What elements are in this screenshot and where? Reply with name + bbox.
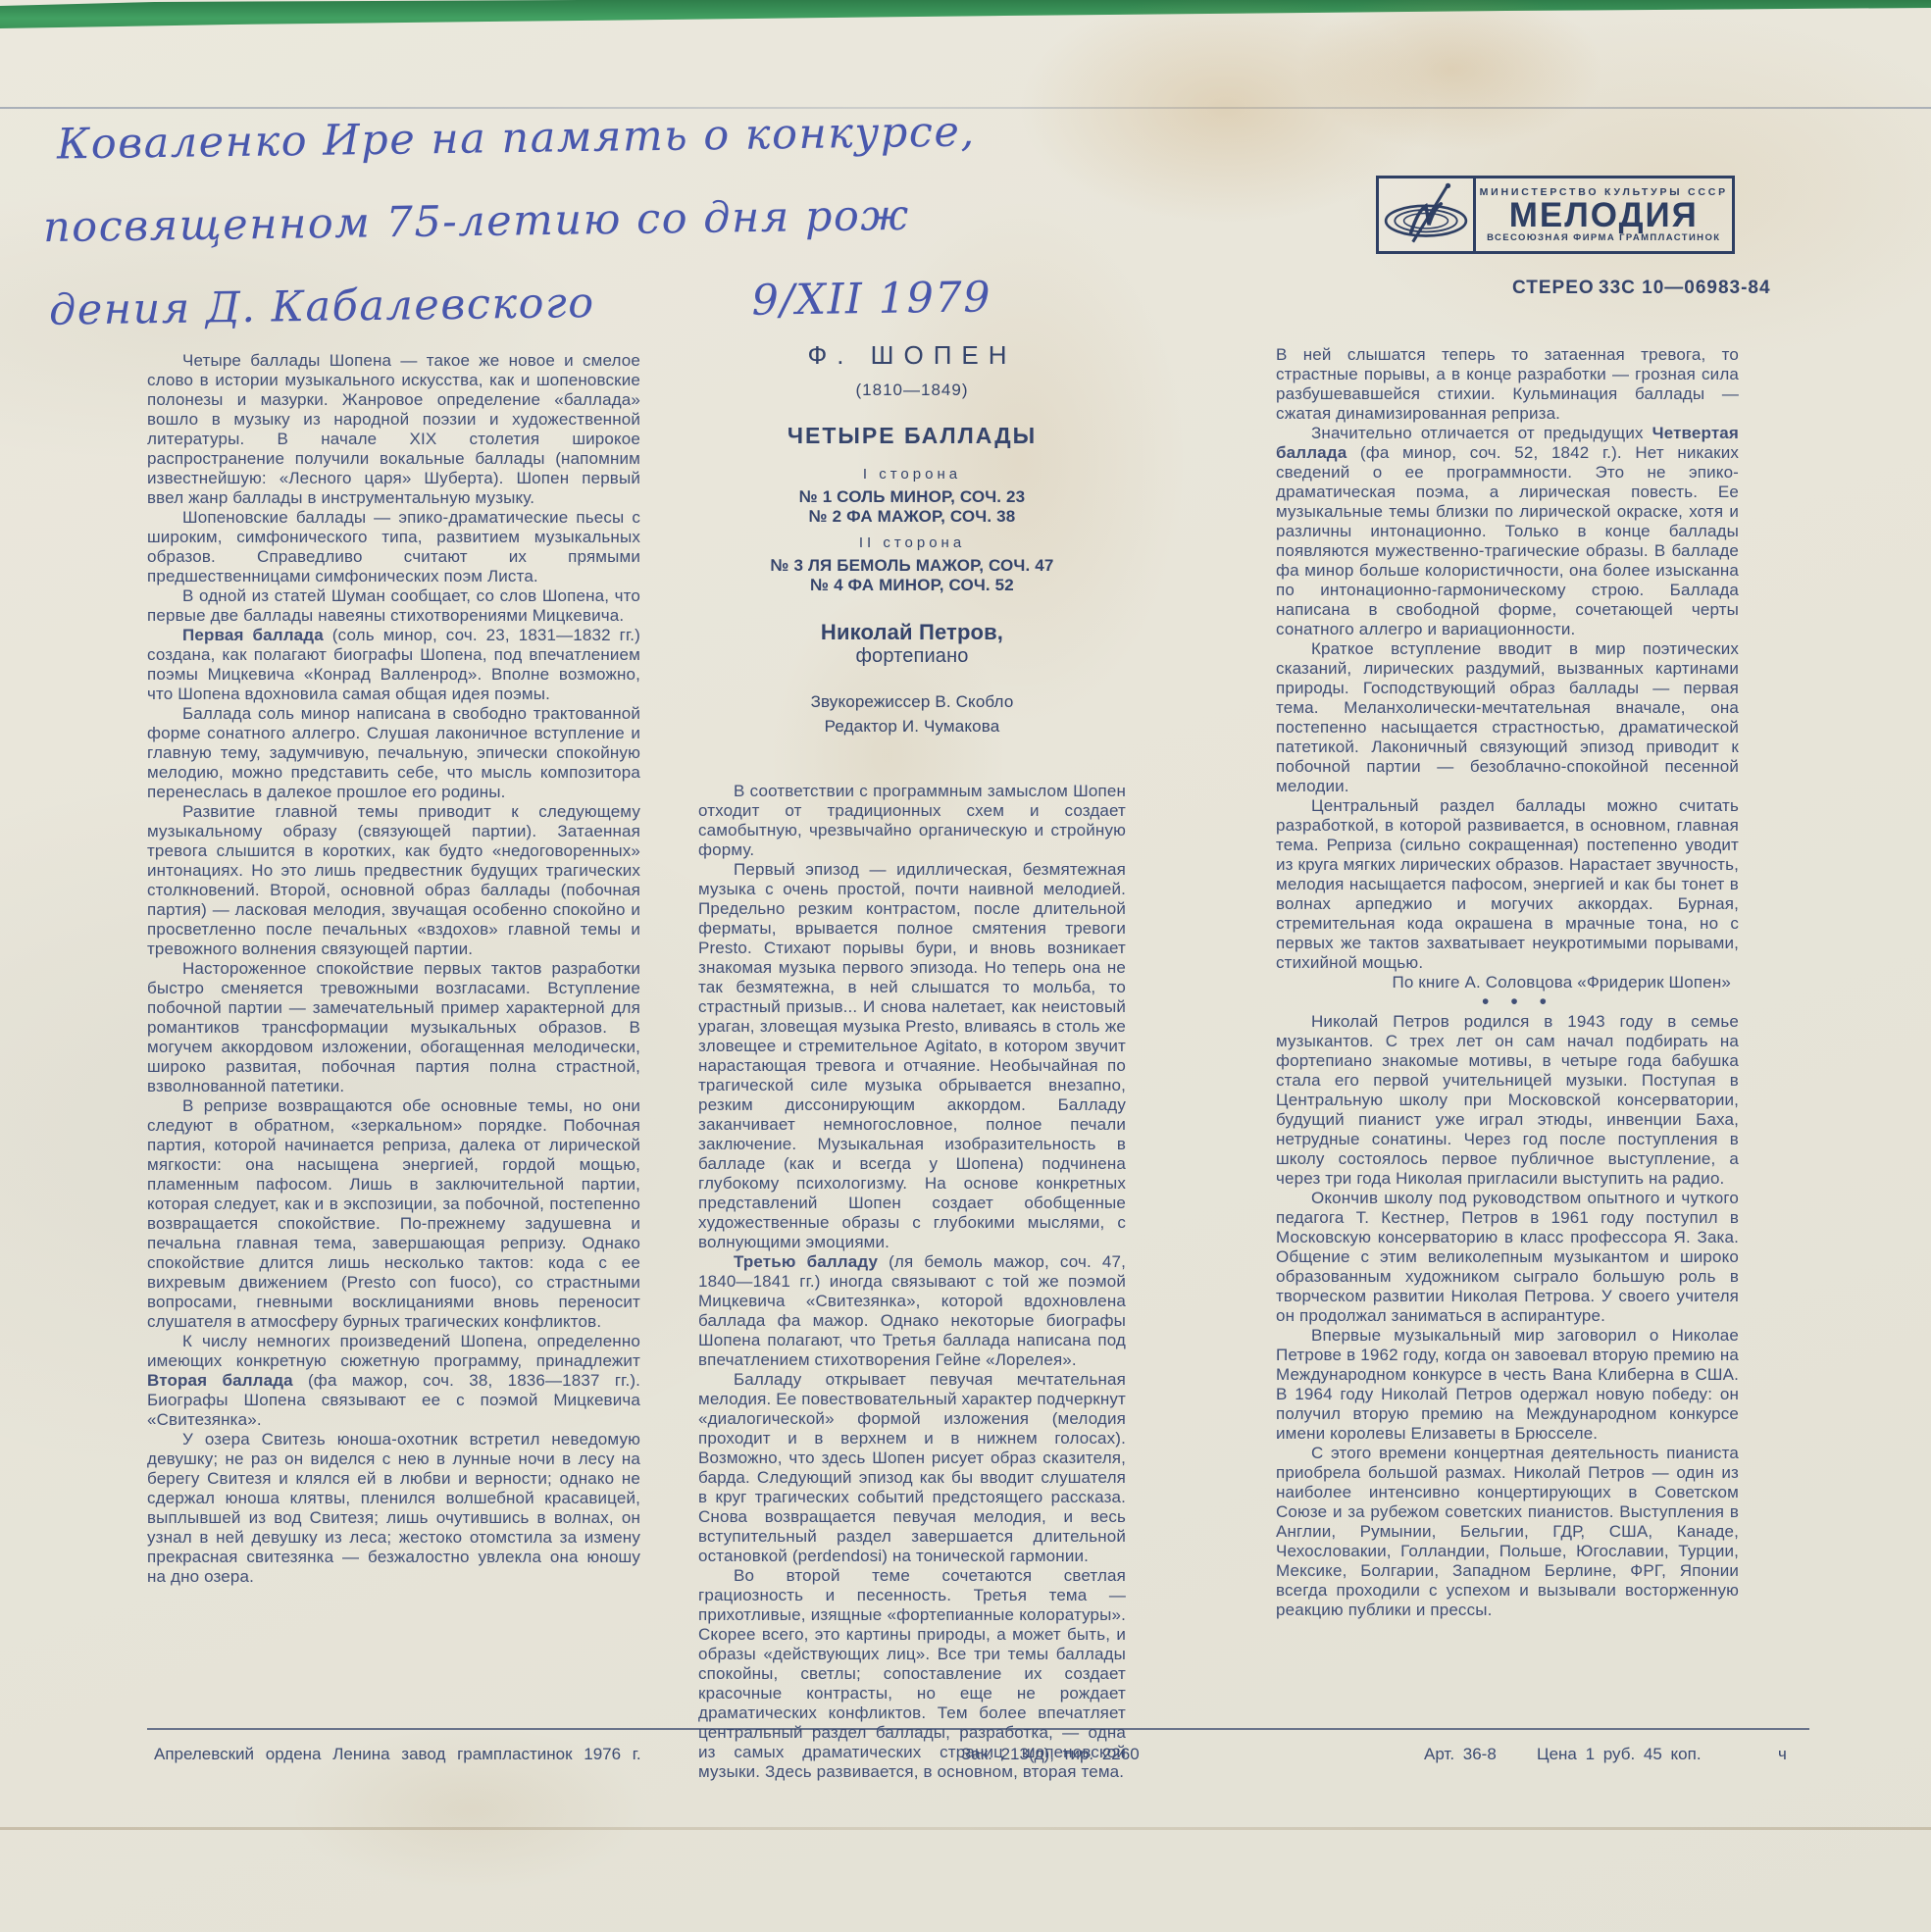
album-header: Ф. ШОПЕН (1810—1849) ЧЕТЫРЕ БАЛЛАДЫ I ст…: [698, 345, 1126, 738]
pressing-plant-credit: Апрелевский ордена Ленина завод грамплас…: [154, 1745, 641, 1764]
text-run: Окончив школу под руководством опытного …: [1276, 1189, 1739, 1325]
record-back-cover: { "inscription": { "line1": "Коваленко И…: [0, 0, 1931, 1932]
article-number: Арт. 36-8: [1424, 1745, 1497, 1764]
text-run: (фа минор, соч. 52, 1842 г.). Нет никаки…: [1276, 443, 1739, 638]
handwritten-dedication-line3: дения Д. Кабалевского9/XII 1979: [49, 273, 992, 334]
performer-name: Николай Петров,: [698, 623, 1126, 642]
left-text-column: Четыре баллады Шопена — такое же новое и…: [147, 351, 640, 1587]
side-2-label: II сторона: [698, 534, 1126, 553]
text-run: В соответствии с программным замыслом Шо…: [698, 782, 1126, 859]
text-run: Настороженное спокойствие первых тактов …: [147, 959, 640, 1095]
composer-years: (1810—1849): [698, 381, 1126, 400]
handwritten-dedication-line1: Коваленко Ире на память о конкурсе,: [57, 107, 976, 169]
paragraph: Четыре баллады Шопена — такое же новое и…: [147, 351, 640, 508]
album-title: ЧЕТЫРЕ БАЛЛАДЫ: [698, 426, 1126, 445]
text-run: Впервые музыкальный мир заговорил о Нико…: [1276, 1326, 1739, 1443]
center-text-column: Ф. ШОПЕН (1810—1849) ЧЕТЫРЕ БАЛЛАДЫ I ст…: [698, 345, 1126, 1782]
text-run: С этого времени концертная деятельность …: [1276, 1444, 1739, 1619]
paper-crease-bottom: [0, 1827, 1931, 1830]
paragraph: Впервые музыкальный мир заговорил о Нико…: [1276, 1326, 1739, 1444]
paragraph: Краткое вступление вводит в мир поэтичес…: [1276, 639, 1739, 796]
paragraph: Развитие главной темы приводит к следующ…: [147, 802, 640, 959]
track-4: № 4 ФА МИНОР, СОЧ. 52: [698, 576, 1126, 595]
track-1: № 1 СОЛЬ МИНОР, СОЧ. 23: [698, 487, 1126, 507]
track-3: № 3 ЛЯ БЕМОЛЬ МАЖОР, СОЧ. 47: [698, 556, 1126, 576]
paragraph: В соответствии с программным замыслом Шо…: [698, 782, 1126, 860]
bold-text-run: Третью балладу: [734, 1252, 878, 1271]
text-run: Балладу открывает певучая мечтательная м…: [698, 1370, 1126, 1565]
text-run: Шопеновские баллады — эпико-драматически…: [147, 508, 640, 585]
text-run: Николай Петров родился в 1943 году в сем…: [1276, 1012, 1739, 1188]
paragraph: В репризе возвращаются обе основные темы…: [147, 1096, 640, 1332]
editor-credit: Редактор И. Чумакова: [698, 714, 1126, 738]
text-run: Центральный раздел баллады можно считать…: [1276, 796, 1739, 972]
text-run: Четыре баллады Шопена — такое же новое и…: [147, 351, 640, 507]
text-run: К числу немногих произведений Шопена, оп…: [147, 1332, 640, 1370]
paragraph: Центральный раздел баллады можно считать…: [1276, 796, 1739, 973]
paragraph: Балладу открывает певучая мечтательная м…: [698, 1370, 1126, 1566]
performer-biography: Николай Петров родился в 1943 году в сем…: [1276, 1012, 1739, 1620]
source-book-credit: По книге А. Соловцова «Фридерик Шопен»: [1276, 973, 1739, 992]
text-run: Первый эпизод — идиллическая, безмятежна…: [698, 860, 1126, 1251]
right-text-column: В ней слышатся теперь то затаенная трево…: [1276, 345, 1739, 1620]
bold-text-run: Вторая баллада: [147, 1371, 293, 1390]
logo-brand-name: МЕЛОДИЯ: [1509, 198, 1699, 233]
melodiya-logo: МИНИСТЕРСТВО КУЛЬТУРЫ СССР МЕЛОДИЯ ВСЕСО…: [1376, 176, 1735, 254]
paragraph: Николай Петров родился в 1943 году в сем…: [1276, 1012, 1739, 1189]
catalog-number: 33С 10—06983-84: [1599, 278, 1771, 299]
center-liner-notes: В соответствии с программным замыслом Шо…: [698, 782, 1126, 1782]
side-1-label: I сторона: [698, 465, 1126, 484]
print-order-number: Зак. 213(д), тир. 2260: [961, 1745, 1140, 1764]
text-run: У озера Свитезь юноша-охотник встретил н…: [147, 1430, 640, 1586]
sound-engineer-credit: Звукорежиссер В. Скобло: [698, 689, 1126, 714]
handwritten-dedication-line2: посвященном 75-летию со дня рож: [43, 191, 910, 252]
paragraph: Окончив школу под руководством опытного …: [1276, 1189, 1739, 1326]
right-liner-notes-top: В ней слышатся теперь то затаенная трево…: [1276, 345, 1739, 973]
paragraph: В ней слышатся теперь то затаенная трево…: [1276, 345, 1739, 424]
bold-text-run: Первая баллада: [182, 626, 324, 644]
paragraph: К числу немногих произведений Шопена, оп…: [147, 1332, 640, 1430]
text-run: В одной из статей Шуман сообщает, со сло…: [147, 586, 640, 625]
paragraph: Третью балладу (ля бемоль мажор, соч. 47…: [698, 1252, 1126, 1370]
green-sleeve-edge: [0, 0, 1931, 33]
text-run: Краткое вступление вводит в мир поэтичес…: [1276, 639, 1739, 795]
track-2: № 2 ФА МАЖОР, СОЧ. 38: [698, 507, 1126, 527]
section-separator-dots: •••: [1276, 992, 1739, 1012]
paragraph: Первый эпизод — идиллическая, безмятежна…: [698, 860, 1126, 1252]
performer-instrument: фортепиано: [698, 646, 1126, 666]
stereo-label: СТЕРЕО: [1512, 278, 1595, 299]
paragraph: Значительно отличается от предыдущих Чет…: [1276, 424, 1739, 639]
paragraph: Шопеновские баллады — эпико-драматически…: [147, 508, 640, 586]
paragraph: Настороженное спокойствие первых тактов …: [147, 959, 640, 1096]
paragraph: У озера Свитезь юноша-охотник встретил н…: [147, 1430, 640, 1587]
quality-mark: ч: [1778, 1745, 1787, 1764]
paragraph: Баллада соль минор написана в свободно т…: [147, 704, 640, 802]
text-run: В репризе возвращаются обе основные темы…: [147, 1096, 640, 1331]
melodiya-logo-text: МИНИСТЕРСТВО КУЛЬТУРЫ СССР МЕЛОДИЯ ВСЕСО…: [1476, 178, 1732, 251]
melodiya-record-icon: [1381, 179, 1471, 251]
text-run: Значительно отличается от предыдущих: [1311, 424, 1652, 442]
text-run: Развитие главной темы приводит к следующ…: [147, 802, 640, 958]
paragraph: В одной из статей Шуман сообщает, со сло…: [147, 586, 640, 626]
composer-name: Ф. ШОПЕН: [698, 345, 1126, 365]
logo-subtitle-line: ВСЕСОЮЗНАЯ ФИРМА ГРАМПЛАСТИНОК: [1487, 232, 1720, 243]
footer-rule: [147, 1728, 1809, 1730]
text-run: В ней слышатся теперь то затаенная трево…: [1276, 345, 1739, 423]
production-credits: Звукорежиссер В. Скобло Редактор И. Чума…: [698, 689, 1126, 738]
price-label: Цена 1 руб. 45 коп.: [1537, 1745, 1702, 1764]
text-run: Баллада соль минор написана в свободно т…: [147, 704, 640, 801]
handwritten-dedication-line3-text: дения Д. Кабалевского: [49, 279, 595, 335]
handwritten-date: 9/XII 1979: [751, 273, 991, 325]
paragraph: С этого времени концертная деятельность …: [1276, 1444, 1739, 1620]
melodiya-record-mark-cell: [1379, 178, 1476, 251]
paragraph: Первая баллада (соль минор, соч. 23, 183…: [147, 626, 640, 704]
